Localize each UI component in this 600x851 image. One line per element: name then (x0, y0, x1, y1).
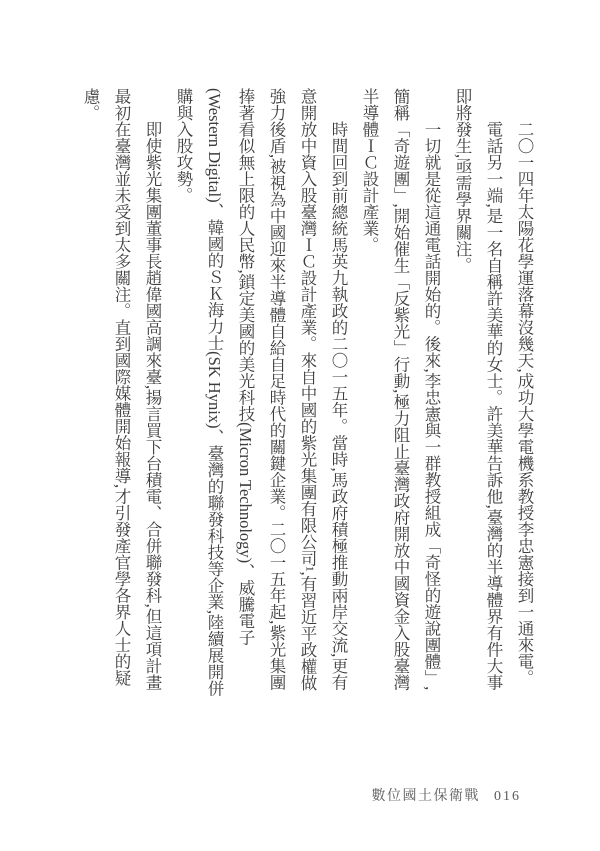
paragraph-4: 時間回到前總統馬英九執政的二〇一五年。當時,馬政府積極推動兩岸交流,更有意開放中… (168, 88, 354, 700)
body-text: 二〇一四年太陽花學運落幕沒幾天,成功大學電機系教授李忠憲接到一通來電。 電話另一… (75, 88, 540, 700)
page-number: 016 (494, 789, 521, 804)
book-page: 二〇一四年太陽花學運落幕沒幾天,成功大學電機系教授李忠憲接到一通來電。 電話另一… (0, 0, 600, 851)
paragraph-2: 電話另一端,是一名自稱許美華的女士。許美華告訴他,臺灣的半導體界有件大事即將發生… (447, 88, 509, 700)
page-footer: 數位國土保衛戰016 (372, 785, 522, 805)
paragraph-3: 一切就是從這通電話開始的。後來,李忠憲與一群教授組成「奇怪的遊說團體」,簡稱「奇… (354, 88, 447, 700)
book-title: 數位國土保衛戰 (372, 789, 481, 804)
paragraph-1: 二〇一四年太陽花學運落幕沒幾天,成功大學電機系教授李忠憲接到一通來電。 (509, 88, 540, 700)
paragraph-5: 即使紫光集團董事長趙偉國高調來臺,揚言買下台積電、合併聯發科,但這項計畫最初在臺… (75, 88, 168, 700)
